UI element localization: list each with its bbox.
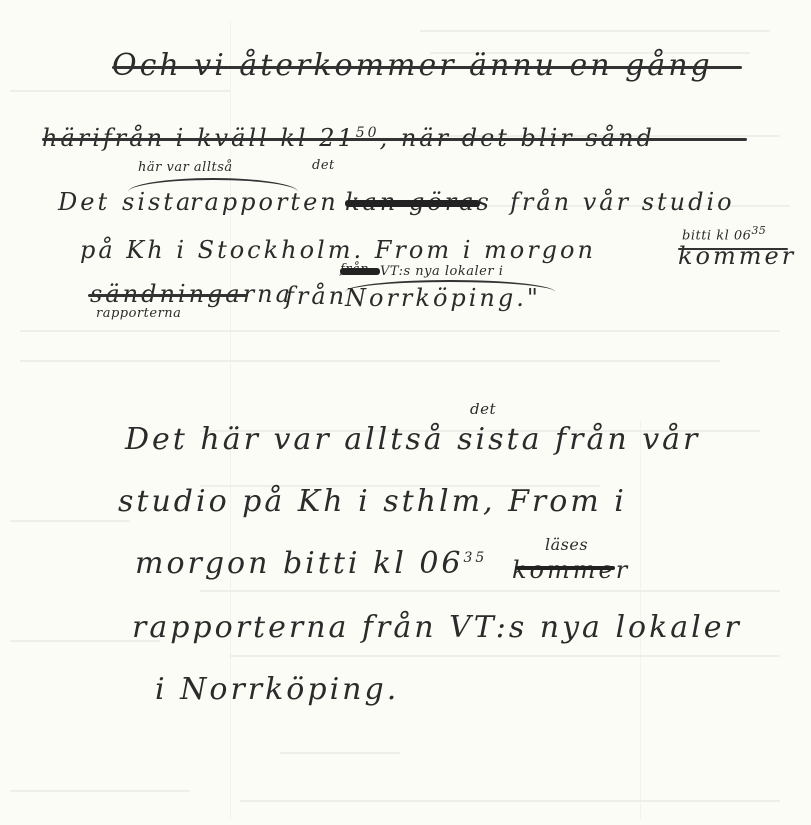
draft2-insertion-det: det <box>470 400 496 418</box>
bleed-through-line <box>230 655 780 657</box>
insertion-rapporterna: rapporterna <box>96 306 181 321</box>
draft2-line3-text: morgon bitti kl 06 <box>135 546 464 581</box>
bleed-through-line <box>280 752 400 754</box>
draft1-line3-rest: från vår studio <box>510 188 735 216</box>
scribble-out <box>340 268 380 275</box>
bleed-through-line <box>200 590 780 592</box>
manuscript-page: Och vi återkommer ännu en gång härifrån … <box>0 0 811 825</box>
draft1-line4: på Kh i Stockholm. From i morgon <box>80 236 596 264</box>
bleed-through-line <box>20 360 720 362</box>
scribble-out <box>345 200 480 207</box>
bleed-through-line <box>420 30 770 32</box>
draft1-line3-sista: sista <box>122 188 193 216</box>
strikethrough <box>112 66 742 69</box>
scribble-out <box>515 566 615 570</box>
draft2-line3-struck: kommer <box>512 556 630 584</box>
draft2-line1: Det här var alltså sista från vår <box>125 422 700 457</box>
draft1-line3-det: Det <box>58 188 110 216</box>
insertion-det: det <box>312 158 335 173</box>
strikethrough <box>678 248 788 250</box>
draft2-line4: rapporterna från VT:s nya lokaler <box>132 610 742 645</box>
bleed-through-line <box>240 800 780 802</box>
bleed-through-line <box>20 330 780 332</box>
insertion-bitti: bitti kl 0635 <box>682 224 766 243</box>
draft1-line5-fran: från <box>285 282 347 310</box>
bleed-through-line <box>10 520 130 522</box>
draft2-line5: i Norrköping. <box>155 672 399 707</box>
strikethrough <box>42 138 747 141</box>
insertion-vts-nya-lokaler: VT:s nya lokaler i <box>380 264 503 279</box>
bleed-through-line <box>10 90 230 92</box>
insertion-har-var-alltsa: här var alltså <box>138 160 233 175</box>
time-superscript: 35 <box>464 550 488 566</box>
bleed-through-line <box>10 790 190 792</box>
draft1-line4-end: kommer <box>678 242 796 270</box>
draft2-insertion-lases: läses <box>545 535 588 554</box>
draft2-line2: studio på Kh i sthlm, From i <box>118 484 627 519</box>
draft1-line3-rapporten: rapporten <box>190 188 339 216</box>
draft1-line5-norrkoping: Norrköping." <box>345 284 541 312</box>
time-superscript: 35 <box>751 224 766 237</box>
draft2-line3: morgon bitti kl 0635 <box>135 546 487 581</box>
strikethrough <box>88 294 248 297</box>
